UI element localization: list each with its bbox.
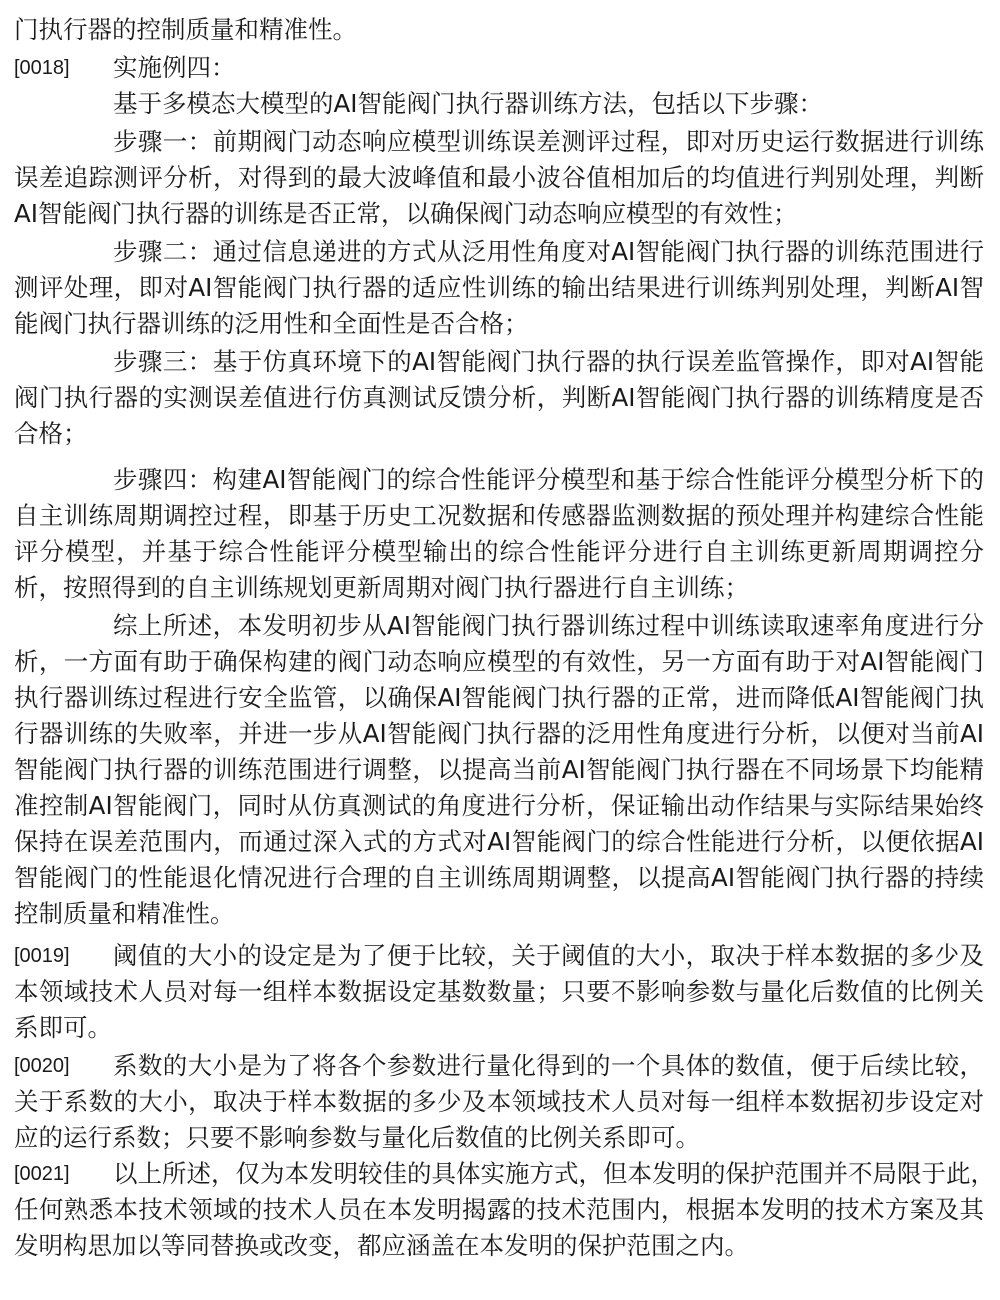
paragraph-number: [0021]	[14, 1156, 70, 1192]
text-line: 误差追踪测评分析，对得到的最大波峰值和最小波谷值相加后的均值进行判别处理，判断	[14, 160, 984, 196]
text-line: 本领域技术人员对每一组样本数据设定基数数量；只要不影响参数与量化后数值的比例关	[14, 974, 984, 1010]
text-line: 智能阀门的性能退化情况进行合理的自主训练周期调整，以提高AI智能阀门执行器的持续	[14, 860, 984, 896]
text-line: 评分模型，并基于综合性能评分模型输出的综合性能评分进行自主训练更新周期调控分	[14, 534, 984, 570]
text-line: 析，按照得到的自主训练规划更新周期对阀门执行器进行自主训练；	[14, 570, 984, 606]
text-line: 以上所述，仅为本发明较佳的具体实施方式，但本发明的保护范围并不局限于此，	[113, 1156, 984, 1192]
text-line: 发明构思加以等同替换或改变，都应涵盖在本发明的保护范围之内。	[14, 1228, 984, 1264]
text-line: 系即可。	[14, 1010, 984, 1046]
text-line: 应的运行系数；只要不影响参数与量化后数值的比例关系即可。	[14, 1120, 984, 1156]
text-line: 测评处理，即对AI智能阀门执行器的适应性训练的输出结果进行训练判别处理，判断AI…	[14, 270, 984, 306]
text-line: 执行器训练过程进行安全监管，以确保AI智能阀门执行器的正常，进而降低AI智能阀门…	[14, 680, 984, 716]
text-line: 步骤四：构建AI智能阀门的综合性能评分模型和基于综合性能评分模型分析下的	[113, 462, 984, 498]
document-page: 门执行器的控制质量和精准性。 [0018] 实施例四： 基于多模态大模型的AI智…	[0, 0, 1000, 1300]
text-line: 步骤一：前期阀门动态响应模型训练误差测评过程，即对历史运行数据进行训练	[113, 124, 984, 160]
text-line: 合格；	[14, 416, 984, 452]
text-line: 系数的大小是为了将各个参数进行量化得到的一个具体的数值，便于后续比较，	[113, 1048, 984, 1084]
text-line: 阀门执行器的实测误差值进行仿真测试反馈分析，判断AI智能阀门执行器的训练精度是否	[14, 380, 984, 416]
text-line: AI智能阀门执行器的训练是否正常，以确保阀门动态响应模型的有效性；	[14, 196, 984, 232]
text-line: 实施例四：	[113, 50, 984, 86]
text-line: 自主训练周期调控过程，即基于历史工况数据和传感器监测数据的预处理并构建综合性能	[14, 498, 984, 534]
text-line: 步骤三：基于仿真环境下的AI智能阀门执行器的执行误差监管操作，即对AI智能	[113, 344, 984, 380]
paragraph-number: [0018]	[14, 50, 70, 86]
text-line: 任何熟悉本技术领域的技术人员在本发明揭露的技术范围内，根据本发明的技术方案及其	[14, 1192, 984, 1228]
text-line: 综上所述，本发明初步从AI智能阀门执行器训练过程中训练读取速率角度进行分	[113, 608, 984, 644]
paragraph-number: [0019]	[14, 938, 70, 974]
text-line: 控制质量和精准性。	[14, 896, 984, 932]
text-line: 行器训练的失败率，并进一步从AI智能阀门执行器的泛用性角度进行分析，以便对当前A…	[14, 716, 984, 752]
text-line: 阈值的大小的设定是为了便于比较，关于阈值的大小，取决于样本数据的多少及	[113, 938, 984, 974]
text-line: 准控制AI智能阀门，同时从仿真测试的角度进行分析，保证输出动作结果与实际结果始终	[14, 788, 984, 824]
text-line: 析，一方面有助于确保构建的阀门动态响应模型的有效性，另一方面有助于对AI智能阀门	[14, 644, 984, 680]
text-line: 保持在误差范围内，而通过深入式的方式对AI智能阀门的综合性能进行分析，以便依据A…	[14, 824, 984, 860]
text-line: 能阀门执行器训练的泛用性和全面性是否合格；	[14, 306, 984, 342]
paragraph-number: [0020]	[14, 1048, 70, 1084]
text-line: 智能阀门执行器的训练范围进行调整，以提高当前AI智能阀门执行器在不同场景下均能精	[14, 752, 984, 788]
text-line: 基于多模态大模型的AI智能阀门执行器训练方法，包括以下步骤：	[113, 86, 984, 122]
text-line: 关于系数的大小，取决于样本数据的多少及本领域技术人员对每一组样本数据初步设定对	[14, 1084, 984, 1120]
text-line: 步骤二：通过信息递进的方式从泛用性角度对AI智能阀门执行器的训练范围进行	[113, 234, 984, 270]
text-line: 门执行器的控制质量和精准性。	[14, 12, 984, 48]
